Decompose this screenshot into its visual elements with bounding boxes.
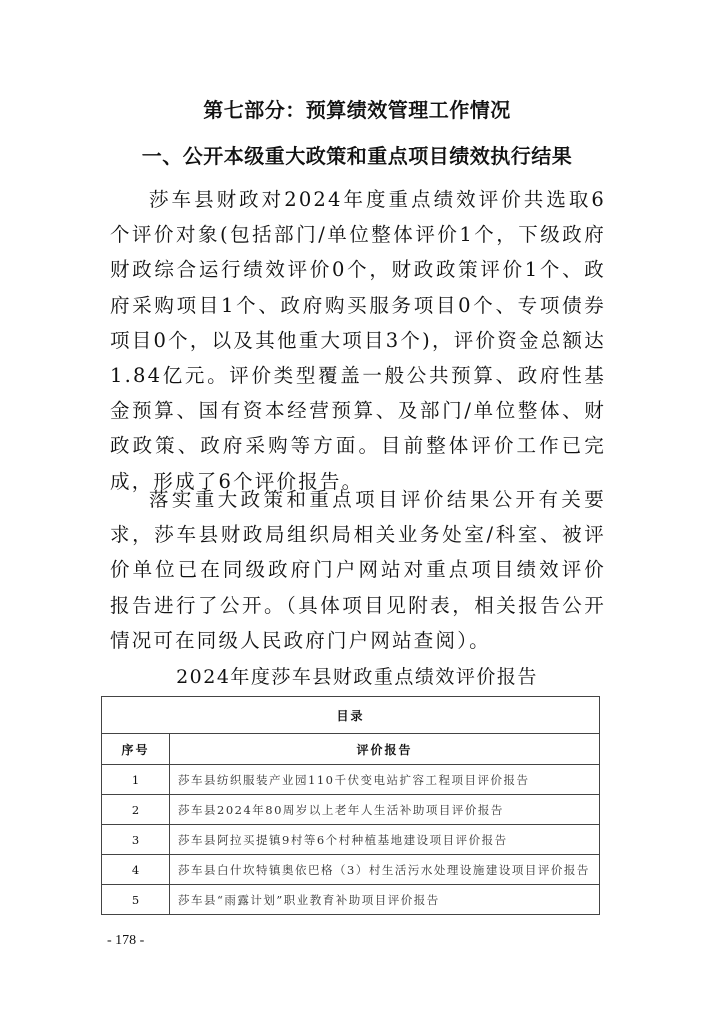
table-row: 1 莎车县纺织服装产业园110千伏变电站扩容工程项目评价报告: [102, 765, 600, 795]
row-number: 4: [102, 855, 170, 885]
header-report-name: 评价报告: [170, 734, 600, 765]
table-row: 3 莎车县阿拉买提镇9村等6个村种植基地建设项目评价报告: [102, 825, 600, 855]
table-row: 2 莎车县2024年80周岁以上老年人生活补助项目评价报告: [102, 795, 600, 825]
page-number: - 178 -: [107, 933, 144, 949]
report-name: 莎车县纺织服装产业园110千伏变电站扩容工程项目评价报告: [170, 765, 600, 795]
row-number: 2: [102, 795, 170, 825]
header-serial-number: 序号: [102, 734, 170, 765]
report-name: 莎车县2024年80周岁以上老年人生活补助项目评价报告: [170, 795, 600, 825]
row-number: 1: [102, 765, 170, 795]
report-name: 莎车县阿拉买提镇9村等6个村种植基地建设项目评价报告: [170, 825, 600, 855]
table-title: 目录: [102, 697, 600, 734]
paragraph-evaluation-summary: 莎车县财政对2024年度重点绩效评价共选取6个评价对象(包括部门/单位整体评价1…: [110, 182, 606, 499]
section-title: 一、公开本级重大政策和重点项目绩效执行结果: [0, 143, 714, 169]
table-row: 4 莎车县白什坎特镇奥依巴格（3）村生活污水处理设施建设项目评价报告: [102, 855, 600, 885]
paragraph-disclosure: 落实重大政策和重点项目评价结果公开有关要求，莎车县财政局组织局相关业务处室/科室…: [110, 482, 606, 658]
report-name: 莎车县“雨露计划”职业教育补助项目评价报告: [170, 885, 600, 915]
part-title: 第七部分：预算绩效管理工作情况: [0, 97, 714, 123]
row-number: 3: [102, 825, 170, 855]
row-number: 5: [102, 885, 170, 915]
table-caption: 2024年度莎车县财政重点绩效评价报告: [0, 664, 714, 690]
report-name: 莎车县白什坎特镇奥依巴格（3）村生活污水处理设施建设项目评价报告: [170, 855, 600, 885]
table-row: 5 莎车县“雨露计划”职业教育补助项目评价报告: [102, 885, 600, 915]
evaluation-report-table: 目录 序号 评价报告 1 莎车县纺织服装产业园110千伏变电站扩容工程项目评价报…: [101, 696, 600, 915]
